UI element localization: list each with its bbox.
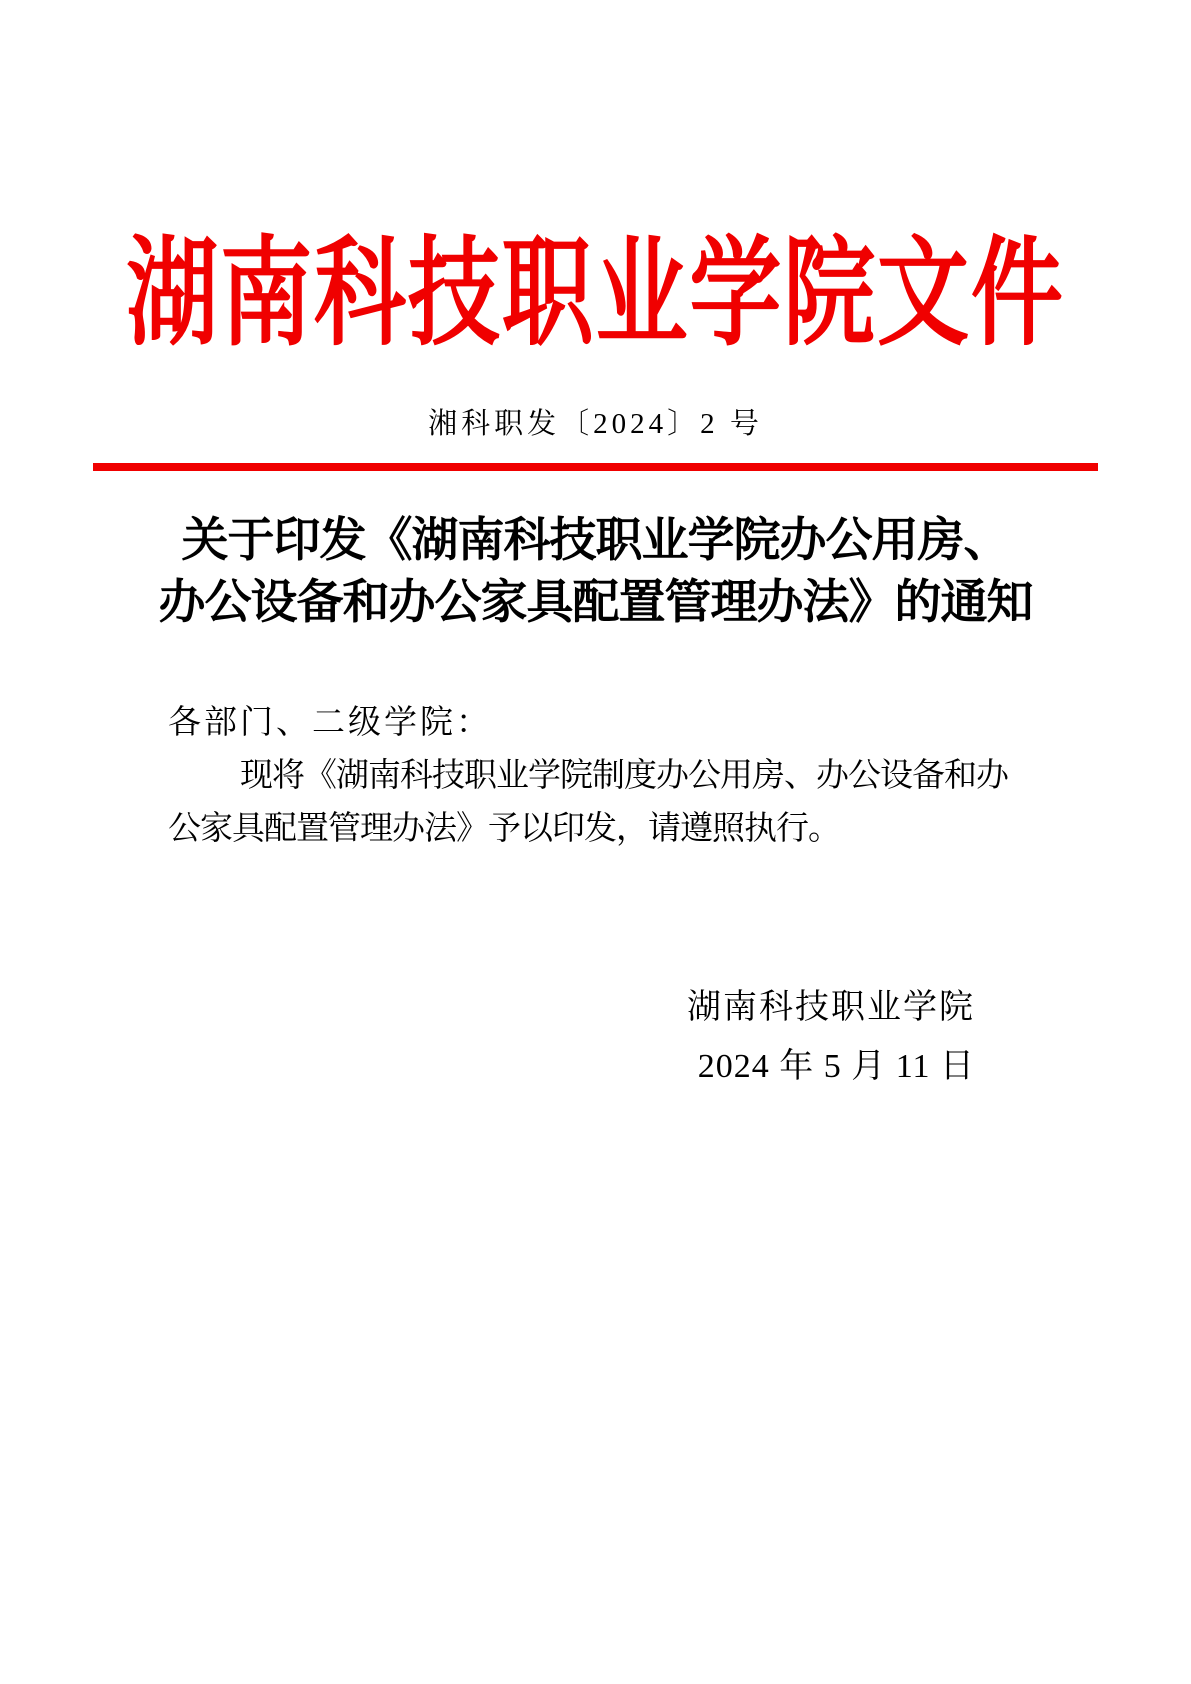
red-divider-line	[93, 463, 1098, 471]
signature-date: 2024 年 5 月 11 日	[698, 1047, 975, 1087]
salutation: 各部门、二级学院：	[168, 697, 1028, 750]
notice-title-line-1: 关于印发《湖南科技职业学院办公用房、	[0, 510, 1191, 572]
signature-org-name: 湖南科技职业学院	[687, 988, 975, 1028]
doc-reference-number: 湘科职发〔2024〕2 号	[0, 402, 1191, 446]
document-page: 湖南科技职业学院文件 湘科职发〔2024〕2 号 关于印发《湖南科技职业学院办公…	[0, 0, 1191, 1684]
paragraph-line-1: 现将《湖南科技职业学院制度办公用房、办公设备和办	[168, 750, 1028, 803]
notice-title: 关于印发《湖南科技职业学院办公用房、 办公设备和办公家具配置管理办法》的通知	[0, 510, 1191, 634]
notice-title-line-2: 办公设备和办公家具配置管理办法》的通知	[0, 572, 1191, 634]
paragraph-line-2: 公家具配置管理办法》予以印发，请遵照执行。	[168, 803, 1028, 856]
red-letterhead-title: 湖南科技职业学院文件	[48, 230, 1144, 360]
body-text: 各部门、二级学院： 现将《湖南科技职业学院制度办公用房、办公设备和办 公家具配置…	[168, 697, 1028, 856]
